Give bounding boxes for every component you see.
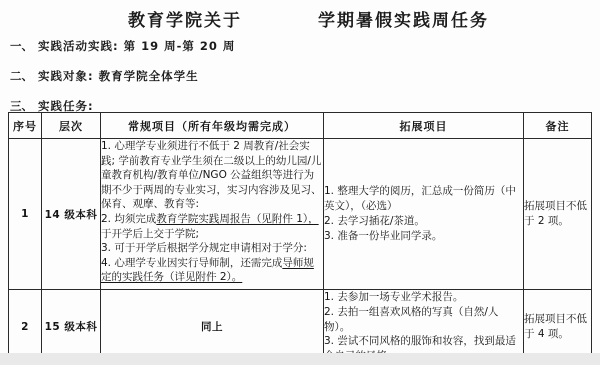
intro-line-2-marker: 二、 [10,68,38,84]
header-extended-projects: 拓展项目 [324,113,524,139]
row1-level: 14 级本科 [42,139,101,290]
row1-note: 拓展项目不低于 2 项。 [524,139,592,290]
page-title-part2: 学期暑假实践周任务 [318,11,489,31]
scan-edge-strip [0,353,600,365]
intro-line-1-marker: 一、 [10,38,38,54]
tasks-table: 序号 层次 常规项目（所有年级均需完成） 拓展项目 备注 1 14 级本科 1.… [8,112,592,365]
row1-extended-item-1: 1. 整理大学的阅历，汇总成一份简历（中英文），（必选） [324,184,523,214]
row1-regular-projects: 1. 心理学专业须进行不低于 2 周教育/社会实践; 学前教育专业学生须在二级以… [101,139,324,290]
row1-regular-item-1: 1. 心理学专业须进行不低于 2 周教育/社会实践; 学前教育专业学生须在二级以… [101,139,323,212]
row1-extended-item-2: 2. 去学习插花/茶道。 [324,214,523,229]
page-title-part1: 教育学院关于 [128,11,242,31]
header-note: 备注 [524,113,592,139]
intro-line-practice-time: 一、实践活动实践: 第 19 周-第 20 周 [10,38,235,54]
intro-line-1-text: 实践活动实践: 第 19 周-第 20 周 [38,39,235,53]
table-header-row: 序号 层次 常规项目（所有年级均需完成） 拓展项目 备注 [9,113,592,139]
row1-regular-item-3: 3. 可于开学后根据学分规定申请相对于学分: [101,241,323,256]
intro-line-3-text: 实践任务: [38,99,94,113]
row1-regular-item-4: 4. 心理学专业因实行导师制，还需完成导师规定的实践任务（详见附件 2）。 [101,256,323,285]
row2-extended-item-2: 2. 去拍一组喜欢风格的写真（自然/人物）。 [324,305,523,335]
header-regular-projects: 常规项目（所有年级均需完成） [101,113,324,139]
page-title: 教育学院关于学期暑假实践周任务 [0,6,600,31]
row1-extended-projects: 1. 整理大学的阅历，汇总成一份简历（中英文），（必选） 2. 去学习插花/茶道… [324,139,524,290]
header-level: 层次 [42,113,101,139]
intro-line-practice-target: 二、实践对象: 教育学院全体学生 [10,68,199,84]
header-serial: 序号 [9,113,42,139]
row2-extended-item-1: 1. 去参加一场专业学术报告。 [324,290,523,305]
underlined-report-reference: 教育学院实践周报告（见附件 1）， [156,213,318,225]
intro-line-2-text: 实践对象: 教育学院全体学生 [38,69,199,83]
row1-serial: 1 [9,139,42,290]
row1-extended-item-3: 3. 准备一份毕业同学录。 [324,229,523,244]
table-row-grade14: 1 14 级本科 1. 心理学专业须进行不低于 2 周教育/社会实践; 学前教育… [9,139,592,290]
row1-regular-item-2: 2. 均须完成教育学院实践周报告（见附件 1），于开学后上交于学院; [101,212,323,241]
